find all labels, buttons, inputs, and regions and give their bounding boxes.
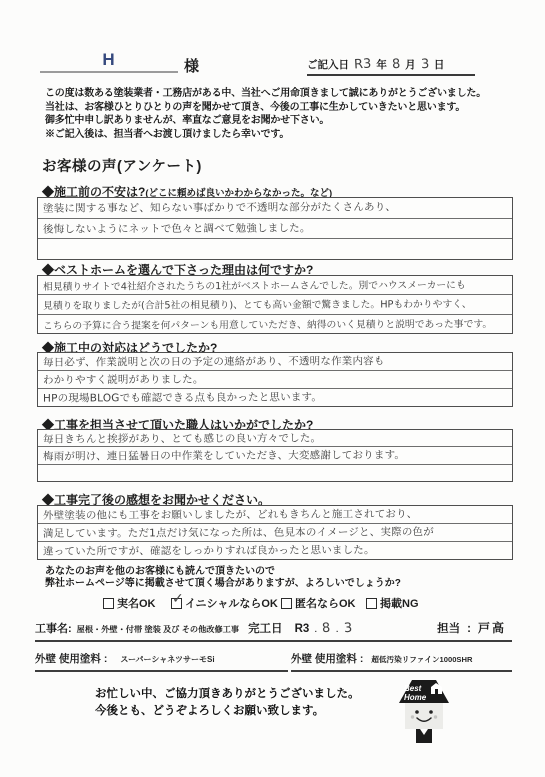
answer-row: こちらの予算に合う提案を何パターンも用意していただき、納得のいく見積りと説明であ…: [38, 314, 512, 333]
month-suffix: 月: [405, 57, 416, 72]
staff-field: 担当 : 戸高: [437, 619, 506, 636]
checkmark: ✓: [172, 591, 184, 607]
staff-colon: :: [467, 623, 471, 635]
answer-box-2: 相見積りサイトで4社紹介されたうちの1社がベストホームさんでした。別でハウスメー…: [37, 275, 513, 334]
survey-title: お客様の声(アンケート): [42, 155, 202, 176]
dot-separator: .: [336, 623, 339, 635]
dot-separator: .: [314, 623, 317, 635]
answer-row: わかりやすく説明がありました。: [38, 370, 512, 388]
answer-box-1: 塗装に関する事など、知らない事ばかりで不透明な部分がたくさんあり、 後悔しないよ…: [37, 197, 513, 260]
logo-text-best: Best: [404, 684, 422, 693]
checkbox-no-publish: [366, 598, 377, 609]
answer-row: 毎日きちんと挨拶があり、とても感じの良い方々でした。: [38, 430, 512, 446]
scanned-questionnaire-page: H 様 ご記入日 R3 年 8 月 3 日 この度は数ある塗装業者・工務店がある…: [0, 0, 545, 777]
logo-text-home: Home: [404, 693, 427, 702]
year-suffix: 年: [376, 57, 387, 72]
publication-consent-text: あなたのお声を他のお客様にも読んで頂きたいので 弊社ホームページ等に掲載させて頂…: [45, 566, 401, 590]
answer-row: 梅雨が明け、連日猛暑日の中作業をしていただき、大変感謝しております。: [38, 446, 512, 463]
paint-info-right: 外壁 使用塗料 : 超低汚染リファイン1000SHR: [291, 651, 512, 672]
intro-line: 御多忙中申し訳ありませんが、率直なご意見をお聞かせ下さい。: [45, 114, 525, 128]
paint-value-right: 超低汚染リファイン1000SHR: [371, 654, 472, 665]
mascot-icon: Best Home: [397, 677, 451, 747]
paint-label-left: 外壁 使用塗料 :: [35, 651, 107, 666]
answer-row: 塗装に関する事など、知らない事ばかりで不透明な部分がたくさんあり、: [38, 198, 512, 218]
staff-name: 戸高: [478, 619, 506, 636]
consent-option-initial: ✓ イニシャルならOK: [171, 595, 278, 611]
fill-date-field: ご記入日 R3 年 8 月 3 日: [307, 49, 475, 76]
answer-row: 毎日必ず、作業説明と次の日の予定の連絡があり、不透明な作業内容も: [38, 353, 512, 370]
date-day-handwritten: 3: [420, 57, 429, 72]
checkbox-initial: ✓: [171, 598, 182, 609]
answer-row: 満足しています。ただ1点だけ気になった所は、色見本のイメージと、実際の色が: [38, 523, 512, 541]
paint-label-right: 外壁 使用塗料 :: [291, 651, 363, 666]
answer-box-4: 毎日きちんと挨拶があり、とても感じの良い方々でした。 梅雨が明け、連日猛暑日の中…: [37, 429, 513, 482]
paint-info-left: 外壁 使用塗料 : スーパーシャネツサーモSi: [35, 651, 288, 672]
answer-row: 後悔しないようにネットで色々と調べて勉強しました。: [38, 218, 512, 239]
completion-day-handwritten: 3: [343, 621, 352, 637]
consent-option-real-name: 実名OK: [103, 595, 156, 611]
answer-row: HPの現場BLOGでも確認できる点も良かったと思います。: [38, 388, 512, 406]
consent-options-row: 実名OK ✓ イニシャルならOK 匿名ならOK 掲載NG: [0, 595, 545, 611]
intro-line: ※ご記入後は、担当者へお渡し頂けましたら幸いです。: [45, 128, 525, 142]
answer-row: [38, 464, 512, 481]
answer-row: 外壁塗装の他にも工事をお願いしましたが、どれもきちんと施工されており、: [38, 506, 512, 523]
checkbox-real-name: [103, 598, 114, 609]
consent-option-anonymous: 匿名ならOK: [281, 595, 356, 611]
work-name-label: 工事名:: [35, 620, 72, 636]
completion-era: R3: [295, 623, 310, 635]
date-era-handwritten: R3: [354, 57, 372, 73]
paint-value-left: スーパーシャネツサーモSi: [120, 654, 214, 665]
intro-line: 当社は、お客様ひとりひとりの声を聞かせて頂き、今後の工事に生かしていきたいと思い…: [45, 101, 525, 115]
customer-name-field: H: [40, 50, 178, 73]
intro-paragraph: この度は数ある塗装業者・工務店がある中、当社へご用命頂きまして誠にありがとうござ…: [45, 87, 525, 141]
staff-label: 担当: [437, 620, 460, 636]
answer-row: [38, 238, 512, 259]
date-label: ご記入日: [307, 57, 349, 72]
date-month-handwritten: 8: [391, 57, 400, 72]
closing-message: お忙しい中、ご協力頂きありがとうございました。 今後とも、どうぞよろしくお願い致…: [95, 686, 360, 719]
best-home-mascot-logo: Best Home: [397, 677, 451, 747]
work-name-value: 屋根・外壁・付帯 塗装 及び その他改修工事: [77, 624, 239, 635]
intro-line: この度は数ある塗装業者・工務店がある中、当社へご用命頂きまして誠にありがとうござ…: [45, 87, 525, 101]
answer-box-5: 外壁塗装の他にも工事をお願いしましたが、どれもきちんと施工されており、 満足して…: [37, 505, 513, 560]
answer-row: 相見積りサイトで4社紹介されたうちの1社がベストホームさんでした。別でハウスメー…: [38, 276, 512, 294]
answer-box-3: 毎日必ず、作業説明と次の日の予定の連絡があり、不透明な作業内容も わかりやすく説…: [37, 352, 513, 407]
day-suffix: 日: [434, 57, 445, 72]
work-info-line: 工事名: 屋根・外壁・付帯 塗装 及び その他改修工事 完工日 R3 . 8 .…: [35, 619, 512, 642]
completion-month-handwritten: 8: [322, 621, 331, 637]
consent-option-no-publish: 掲載NG: [366, 595, 419, 611]
honorific-label: 様: [184, 55, 199, 76]
customer-name: H: [102, 50, 115, 69]
completion-date-label: 完工日: [248, 620, 283, 636]
checkbox-anonymous: [281, 598, 292, 609]
answer-row: 違っていた所ですが、確認をしっかりすれば良かったと思いました。: [38, 541, 512, 559]
answer-row: 見積りを取りましたが(合計5社の相見積り)、とても高い金額で驚きました。HPもわ…: [38, 294, 512, 313]
